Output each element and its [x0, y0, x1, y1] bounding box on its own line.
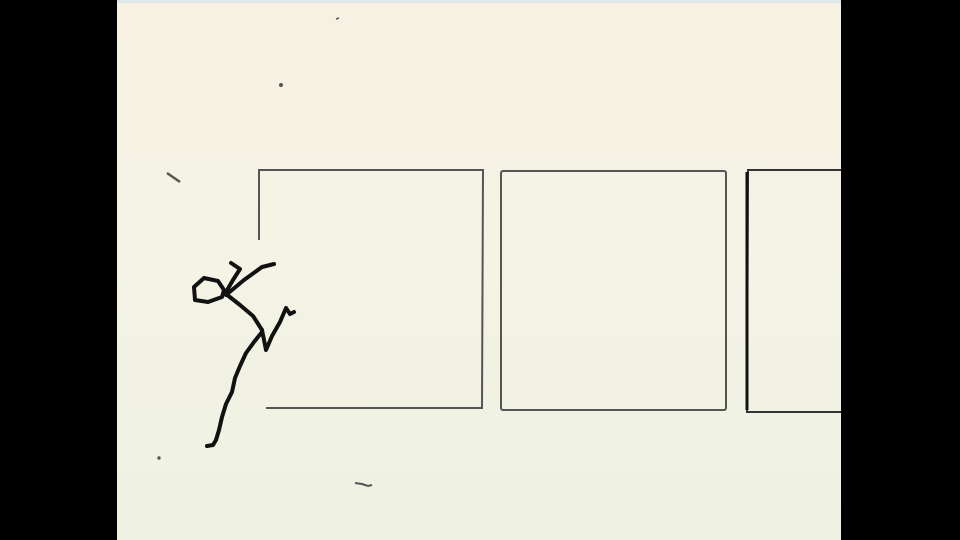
- comic-panel-3: [747, 170, 841, 412]
- stick-figure: [194, 263, 294, 446]
- figure-kick-leg: [262, 308, 294, 350]
- dust-specks: [158, 18, 372, 486]
- comic-panel-1: [259, 170, 483, 408]
- drawing-layer: [0, 0, 960, 540]
- figure-head: [194, 278, 224, 302]
- comic-panel-2: [501, 171, 726, 410]
- figure-back-leg: [207, 332, 262, 446]
- figure-torso: [226, 294, 262, 330]
- video-frame: [0, 0, 960, 540]
